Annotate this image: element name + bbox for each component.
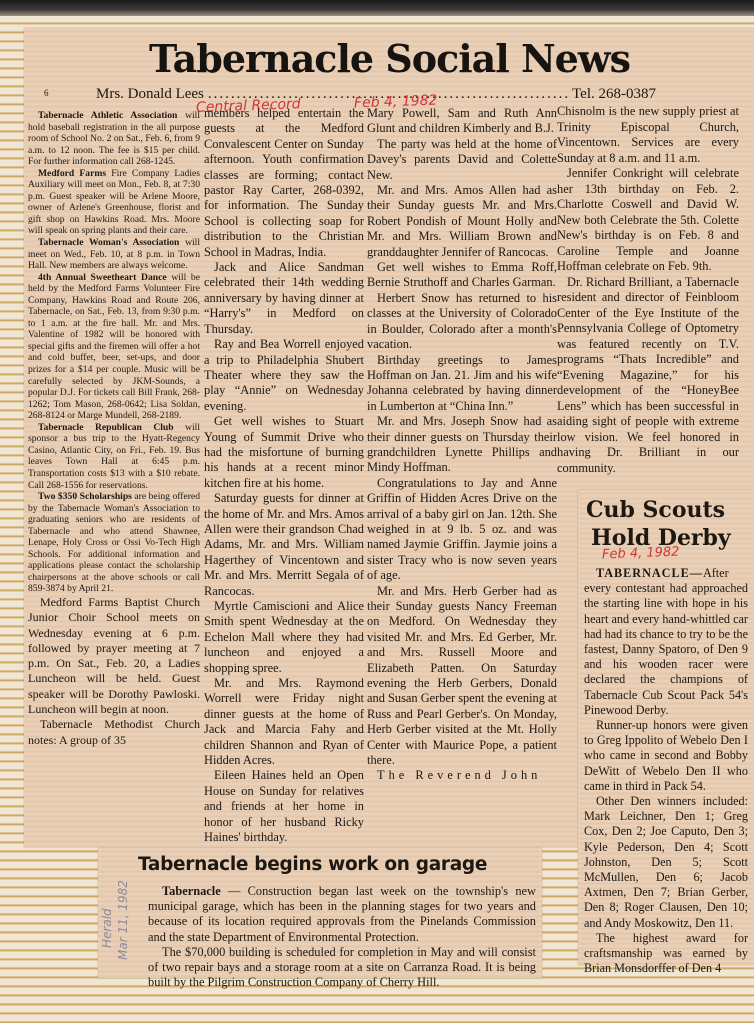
notice-text: are being offered by the Tabernacle Woma… [28,491,200,594]
paragraph: Tabernacle — Construction began last wee… [148,884,536,945]
cub-body: TABERNACLE—After every contestant had ap… [584,566,748,976]
paragraph-text: After every contestant had approached th… [584,566,748,717]
paragraph: TABERNACLE—After every contestant had ap… [584,566,748,718]
paragraph: Mr. and Mrs. Joseph Snow had as their di… [367,414,557,476]
notice: 4th Annual Sweetheart Dance will be held… [28,272,200,422]
notice-lead: Tabernacle Republican Club [38,422,174,433]
paragraph: The party was held at the home of Davey'… [367,137,557,183]
paragraph: members helped entertain the guests at t… [204,106,364,260]
paragraph: Mr. and Mrs. Amos Allen had as their Sun… [367,183,557,260]
garage-body: Tabernacle — Construction began last wee… [148,884,536,990]
paragraph: Ray and Bea Worrell enjoyed a trip to Ph… [204,337,364,414]
masthead-title: Tabernacle Social News [24,36,754,81]
dateline: TABERNACLE— [596,566,703,580]
pencil-source: Herald [100,908,114,948]
notice: Tabernacle Athletic Association will hol… [28,110,200,168]
notice-lead: Tabernacle Woman's Association [38,237,179,248]
paragraph: Eileen Haines held an Open House on Sund… [204,768,364,845]
notice-lead: Medford Farms [38,168,106,179]
paragraph: Birthday greetings to James Hoffman on J… [367,353,557,415]
notice-lead: Two $350 Scholarships [38,491,132,502]
page-marker: 6 [44,88,49,98]
garage-headline: Tabernacle begins work on garage [138,854,487,875]
paragraph: Jack and Alice Sandman celebrated their … [204,260,364,337]
paragraph: Mr. and Mrs. Raymond Worrell were Friday… [204,676,364,768]
columnist-name: Mrs. Donald Lees [96,86,204,103]
paragraph: Saturday guests for dinner at the home o… [204,491,364,599]
cub-headline: Cub Scouts Hold Derby [586,496,751,552]
paragraph: Jennifer Conkright will celebrate her 13… [557,166,739,275]
column-3: Mary Powell, Sam and Ruth Ann Glunt and … [367,106,557,784]
column-4: Chisnolm is the new supply priest at Tri… [557,104,739,476]
paragraph: Mary Powell, Sam and Ruth Ann Glunt and … [367,106,557,137]
paragraph: Congratulations to Jay and Anne Griffin … [367,476,557,584]
paragraph: The Reverend John [367,768,557,783]
garage-clipping: Herald Mar 11, 1982 Tabernacle begins wo… [98,848,542,978]
paragraph: Herbert Snow has returned to his classes… [367,291,557,353]
paragraph: Dr. Richard Brilliant, a Tabernacle resi… [557,275,739,477]
column-2: members helped entertain the guests at t… [204,106,364,923]
paragraph: Other Den winners included: Mark Leichne… [584,794,748,931]
cub-scouts-clipping: Cub Scouts Hold Derby Feb 4, 1982 TABERN… [578,490,754,965]
paragraph: The highest award for craftsmanship was … [584,931,748,977]
notice-text: will be held by the Medford Farms Volunt… [28,272,200,422]
scan-top-edge [0,0,754,16]
headline-line-1: Cub Scouts [586,496,751,524]
notice-lead: 4th Annual Sweetheart Dance [38,272,167,283]
paragraph: Mr. and Mrs. Herb Gerber had as their Su… [367,584,557,769]
paragraph: Get well wishes to Stuart Young of Summi… [204,414,364,491]
notice-lead: Tabernacle Athletic Association [38,110,177,121]
column-1: Tabernacle Athletic Association will hol… [28,110,200,748]
notice: Tabernacle Republican Club will sponsor … [28,422,200,491]
pencil-date: Mar 11, 1982 [116,880,130,960]
paragraph: Myrtle Camiscioni and Alice Smith spent … [204,599,364,676]
notice: Medford Farms Fire Company Ladies Auxili… [28,168,200,237]
paragraph: Tabernacle Methodist Church notes: A gro… [28,717,200,748]
handwritten-date: Feb 4, 1982 [602,545,680,563]
notice: Two $350 Scholarships are being offered … [28,491,200,595]
paragraph: Chisnolm is the new supply priest at Tri… [557,104,739,166]
paragraph: Medford Farms Baptist Church Junior Choi… [28,595,200,717]
dateline: Tabernacle [162,884,221,898]
phone-number: Tel. 268-0387 [572,86,656,103]
paragraph: The $70,000 building is scheduled for co… [148,945,536,991]
paragraph: Runner-up honors were given to Greg Ippo… [584,718,748,794]
paragraph: Get well wishes to Emma Roff, Bernie Str… [367,260,557,291]
notice: Tabernacle Woman's Association will meet… [28,237,200,272]
